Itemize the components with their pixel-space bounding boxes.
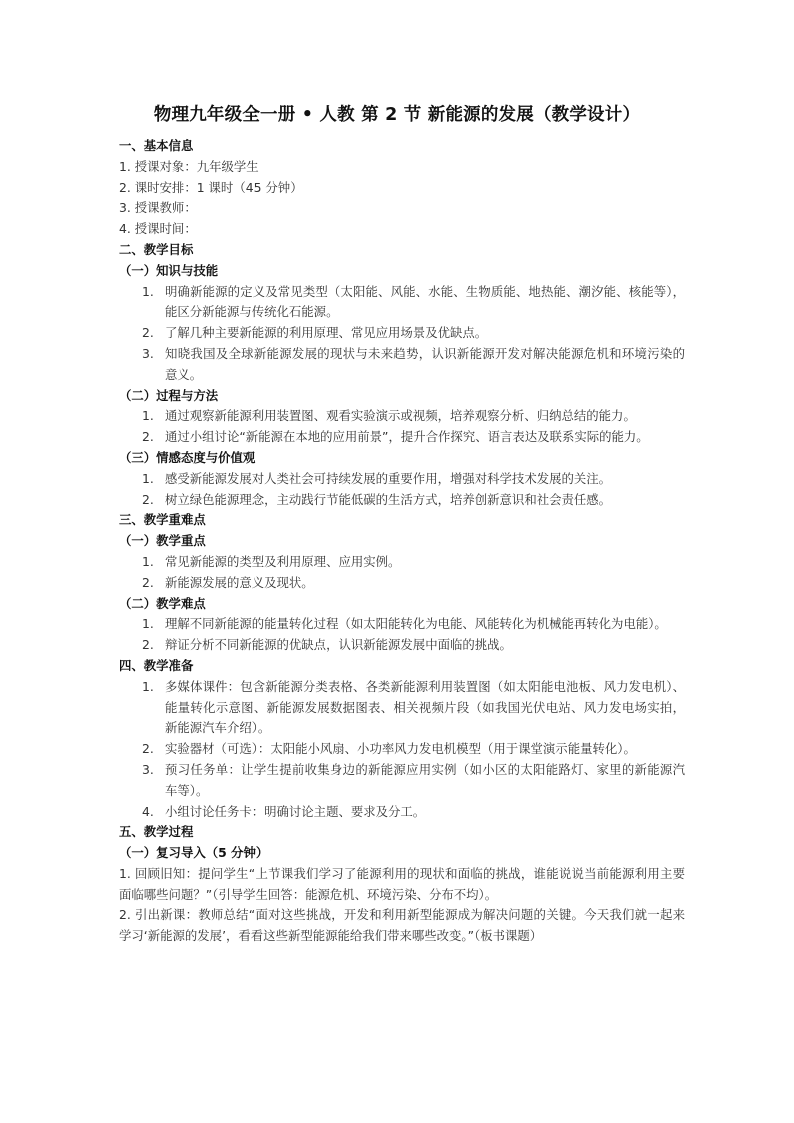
subsection-heading: （二）教学难点 [119, 594, 685, 615]
subsection-heading: （一）知识与技能 [119, 261, 685, 282]
list-item: 1. 多媒体课件：包含新能源分类表格、各类新能源利用装置图（如太阳能电池板、风力… [119, 677, 685, 739]
info-line: 2. 课时安排：1 课时（45 分钟） [119, 178, 685, 199]
list-item: 1. 通过观察新能源利用装置图、观看实验演示或视频，培养观察分析、归纳总结的能力… [119, 406, 685, 427]
item-number: 4. [119, 802, 165, 823]
list-item: 2. 新能源发展的意义及现状。 [119, 573, 685, 594]
info-line: 1. 授课对象：九年级学生 [119, 157, 685, 178]
item-text: 预习任务单：让学生提前收集身边的新能源应用实例（如小区的太阳能路灯、家里的新能源… [165, 760, 685, 802]
item-text: 了解几种主要新能源的利用原理、常见应用场景及优缺点。 [165, 323, 685, 344]
item-text: 辩证分析不同新能源的优缺点，认识新能源发展中面临的挑战。 [165, 635, 685, 656]
item-number: 1. [119, 469, 165, 490]
list-item: 2. 树立绿色能源理念，主动践行节能低碳的生活方式，培养创新意识和社会责任感。 [119, 490, 685, 511]
info-line: 3. 授课教师： [119, 198, 685, 219]
subsection-heading: （三）情感态度与价值观 [119, 448, 685, 469]
list-item: 2. 实验器材（可选）：太阳能小风扇、小功率风力发电机模型（用于课堂演示能量转化… [119, 739, 685, 760]
list-item: 2. 辩证分析不同新能源的优缺点，认识新能源发展中面临的挑战。 [119, 635, 685, 656]
list-item: 3. 知晓我国及全球新能源发展的现状与未来趋势，认识新能源开发对解决能源危机和环… [119, 344, 685, 386]
paragraph: 2. 引出新课：教师总结“面对这些挑战，开发和利用新型能源成为解决问题的关键。今… [119, 905, 685, 947]
item-number: 1. [119, 677, 165, 739]
item-text: 多媒体课件：包含新能源分类表格、各类新能源利用装置图（如太阳能电池板、风力发电机… [165, 677, 685, 739]
item-number: 2. [119, 490, 165, 511]
item-number: 3. [119, 344, 165, 386]
list-item: 2. 了解几种主要新能源的利用原理、常见应用场景及优缺点。 [119, 323, 685, 344]
section-heading: 一、基本信息 [119, 136, 685, 157]
document-title: 物理九年级全一册 • 人教 第 2 节 新能源的发展（教学设计） [0, 101, 794, 126]
section-heading: 二、教学目标 [119, 240, 685, 261]
list-item: 2. 通过小组讨论“新能源在本地的应用前景”，提升合作探究、语言表达及联系实际的… [119, 427, 685, 448]
item-number: 1. [119, 282, 165, 324]
list-item: 1. 理解不同新能源的能量转化过程（如太阳能转化为电能、风能转化为机械能再转化为… [119, 614, 685, 635]
info-line: 4. 授课时间： [119, 219, 685, 240]
item-text: 实验器材（可选）：太阳能小风扇、小功率风力发电机模型（用于课堂演示能量转化）。 [165, 739, 685, 760]
item-number: 2. [119, 739, 165, 760]
item-text: 感受新能源发展对人类社会可持续发展的重要作用，增强对科学技术发展的关注。 [165, 469, 685, 490]
document-page: 物理九年级全一册 • 人教 第 2 节 新能源的发展（教学设计） 一、基本信息 … [0, 0, 794, 1123]
item-text: 小组讨论任务卡：明确讨论主题、要求及分工。 [165, 802, 685, 823]
item-number: 2. [119, 427, 165, 448]
section-key-points: 三、教学重难点 （一）教学重点 1. 常见新能源的类型及利用原理、应用实例。 2… [119, 510, 685, 656]
item-number: 2. [119, 635, 165, 656]
item-number: 2. [119, 323, 165, 344]
subsection-heading: （一）复习导入（5 分钟） [119, 843, 685, 864]
list-item: 1. 常见新能源的类型及利用原理、应用实例。 [119, 552, 685, 573]
section-preparation: 四、教学准备 1. 多媒体课件：包含新能源分类表格、各类新能源利用装置图（如太阳… [119, 656, 685, 822]
item-text: 通过观察新能源利用装置图、观看实验演示或视频，培养观察分析、归纳总结的能力。 [165, 406, 685, 427]
item-text: 常见新能源的类型及利用原理、应用实例。 [165, 552, 685, 573]
list-item: 1. 明确新能源的定义及常见类型（太阳能、风能、水能、生物质能、地热能、潮汐能、… [119, 282, 685, 324]
item-number: 1. [119, 406, 165, 427]
section-heading: 五、教学过程 [119, 822, 685, 843]
item-text: 树立绿色能源理念，主动践行节能低碳的生活方式，培养创新意识和社会责任感。 [165, 490, 685, 511]
section-basic-info: 一、基本信息 1. 授课对象：九年级学生 2. 课时安排：1 课时（45 分钟）… [119, 136, 685, 240]
list-item: 1. 感受新能源发展对人类社会可持续发展的重要作用，增强对科学技术发展的关注。 [119, 469, 685, 490]
section-teaching-process: 五、教学过程 （一）复习导入（5 分钟） 1. 回顾旧知：提问学生“上节课我们学… [119, 822, 685, 947]
list-item: 3. 预习任务单：让学生提前收集身边的新能源应用实例（如小区的太阳能路灯、家里的… [119, 760, 685, 802]
item-number: 2. [119, 573, 165, 594]
item-number: 1. [119, 552, 165, 573]
item-text: 新能源发展的意义及现状。 [165, 573, 685, 594]
item-text: 知晓我国及全球新能源发展的现状与未来趋势，认识新能源开发对解决能源危机和环境污染… [165, 344, 685, 386]
subsection-heading: （二）过程与方法 [119, 386, 685, 407]
item-number: 3. [119, 760, 165, 802]
item-text: 理解不同新能源的能量转化过程（如太阳能转化为电能、风能转化为机械能再转化为电能）… [165, 614, 685, 635]
item-text: 通过小组讨论“新能源在本地的应用前景”，提升合作探究、语言表达及联系实际的能力。 [165, 427, 685, 448]
subsection-heading: （一）教学重点 [119, 531, 685, 552]
section-heading: 四、教学准备 [119, 656, 685, 677]
document-body: 一、基本信息 1. 授课对象：九年级学生 2. 课时安排：1 课时（45 分钟）… [119, 136, 685, 947]
item-number: 1. [119, 614, 165, 635]
section-heading: 三、教学重难点 [119, 510, 685, 531]
paragraph: 1. 回顾旧知：提问学生“上节课我们学习了能源利用的现状和面临的挑战，谁能说说当… [119, 864, 685, 906]
section-teaching-goals: 二、教学目标 （一）知识与技能 1. 明确新能源的定义及常见类型（太阳能、风能、… [119, 240, 685, 510]
item-text: 明确新能源的定义及常见类型（太阳能、风能、水能、生物质能、地热能、潮汐能、核能等… [165, 282, 685, 324]
list-item: 4. 小组讨论任务卡：明确讨论主题、要求及分工。 [119, 802, 685, 823]
